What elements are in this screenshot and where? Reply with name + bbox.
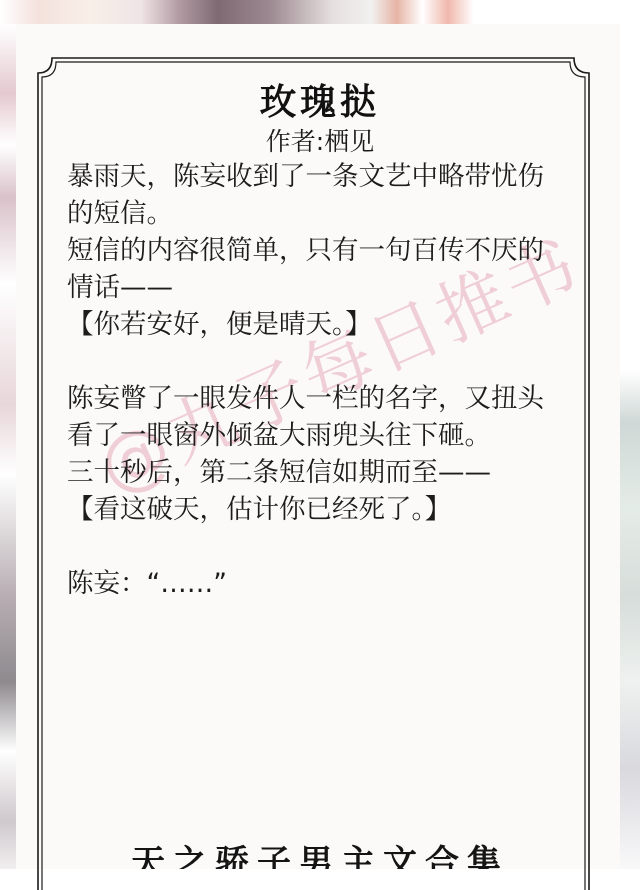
book-author: 作者:栖见 <box>0 126 640 158</box>
excerpt-line: 的短信。 <box>67 195 567 232</box>
excerpt-line: 看了一眼窗外倾盆大雨兜头往下砸。 <box>67 417 567 454</box>
excerpt-line: 三十秒后，第二条短信如期而至—— <box>67 454 567 491</box>
excerpt-text: 暴雨天，陈妄收到了一条文艺中略带忧伤 的短信。 短信的内容很简单，只有一句百传不… <box>67 158 567 602</box>
excerpt-blank-line <box>67 343 567 380</box>
excerpt-line: 情话—— <box>67 269 567 306</box>
excerpt-line: 【看这破天，估计你已经死了。】 <box>67 491 567 528</box>
excerpt-blank-line <box>67 528 567 565</box>
excerpt-line: 陈妄瞥了一眼发件人一栏的名字，又扭头 <box>67 380 567 417</box>
excerpt-line: 陈妄：“……” <box>67 565 567 602</box>
excerpt-line: 短信的内容很简单，只有一句百传不厌的 <box>67 232 567 269</box>
excerpt-line: 暴雨天，陈妄收到了一条文艺中略带忧伤 <box>67 158 567 195</box>
book-title: 玫瑰挞 <box>0 80 640 124</box>
collection-title: 天之骄子男主文合集 <box>0 842 640 869</box>
excerpt-line: 【你若安好，便是晴天。】 <box>67 306 567 343</box>
